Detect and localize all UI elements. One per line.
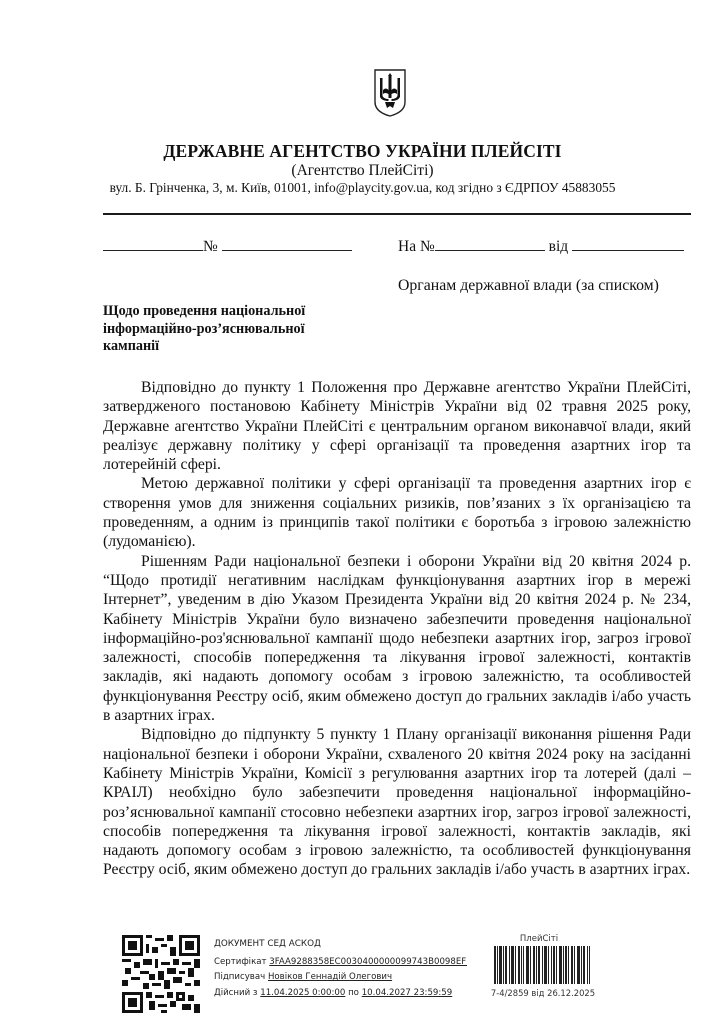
from-label: від [549, 238, 569, 255]
organization-short-name: (Агентство ПлейСіті) [0, 162, 725, 180]
barcode-label: ПлейСіті [494, 934, 584, 944]
organization-address: вул. Б. Грінченка, 3, м. Київ, 01001, in… [0, 180, 725, 196]
letter-body: Відповідно до пункту 1 Положення про Дер… [103, 378, 691, 880]
body-paragraph: Метою державної політики у сфері організ… [103, 474, 691, 551]
letter-subject: Щодо проведення національної інформаційн… [103, 303, 333, 356]
outgoing-date-blank [103, 236, 203, 251]
reply-to-label: На № [398, 238, 435, 255]
certificate-row: Сертифікат 3FAA9288358EC0030400000099743… [214, 955, 467, 971]
validity-row: Дійсний з 11.04.2025 0:00:00 по 10.04.20… [214, 986, 467, 1002]
qr-code-icon [122, 935, 200, 1013]
number-sign: № [203, 238, 218, 255]
signer-row: Підписувач Новіков Геннадій Олегович [214, 970, 467, 986]
valid-from: 11.04.2025 0:00:00 [260, 988, 345, 998]
e-signature-block: ДОКУМЕНТ СЕД АСКОД Сертифікат 3FAA928835… [214, 937, 467, 1001]
addressee: Органам державної влади (за списком) [398, 277, 659, 295]
registration-stamp: 7-4/2859 від 26.12.2025 [484, 988, 602, 998]
signer-name: Новіков Геннадій Олегович [268, 972, 392, 982]
outgoing-number-blank [222, 236, 352, 251]
trident-coat-of-arms-icon [373, 68, 407, 118]
outgoing-registration: № [103, 236, 352, 256]
header-divider [103, 213, 691, 215]
body-paragraph: Відповідно до підпункту 5 пункту 1 Плану… [103, 725, 691, 879]
e-signature-title: ДОКУМЕНТ СЕД АСКОД [214, 937, 467, 953]
valid-to: 10.04.2027 23:59:59 [362, 988, 453, 998]
organization-title: ДЕРЖАВНЕ АГЕНТСТВО УКРАЇНИ ПЛЕЙСІТІ [0, 141, 725, 162]
barcode-icon [494, 946, 590, 984]
reply-number-blank [435, 236, 545, 251]
certificate-value: 3FAA9288358EC0030400000099743B0098EFE20 [269, 955, 467, 971]
reply-date-blank [572, 236, 684, 251]
body-paragraph: Рішенням Ради національної безпеки і обо… [103, 552, 691, 726]
body-paragraph: Відповідно до пункту 1 Положення про Дер… [103, 378, 691, 474]
incoming-reference: На № від [398, 236, 684, 256]
